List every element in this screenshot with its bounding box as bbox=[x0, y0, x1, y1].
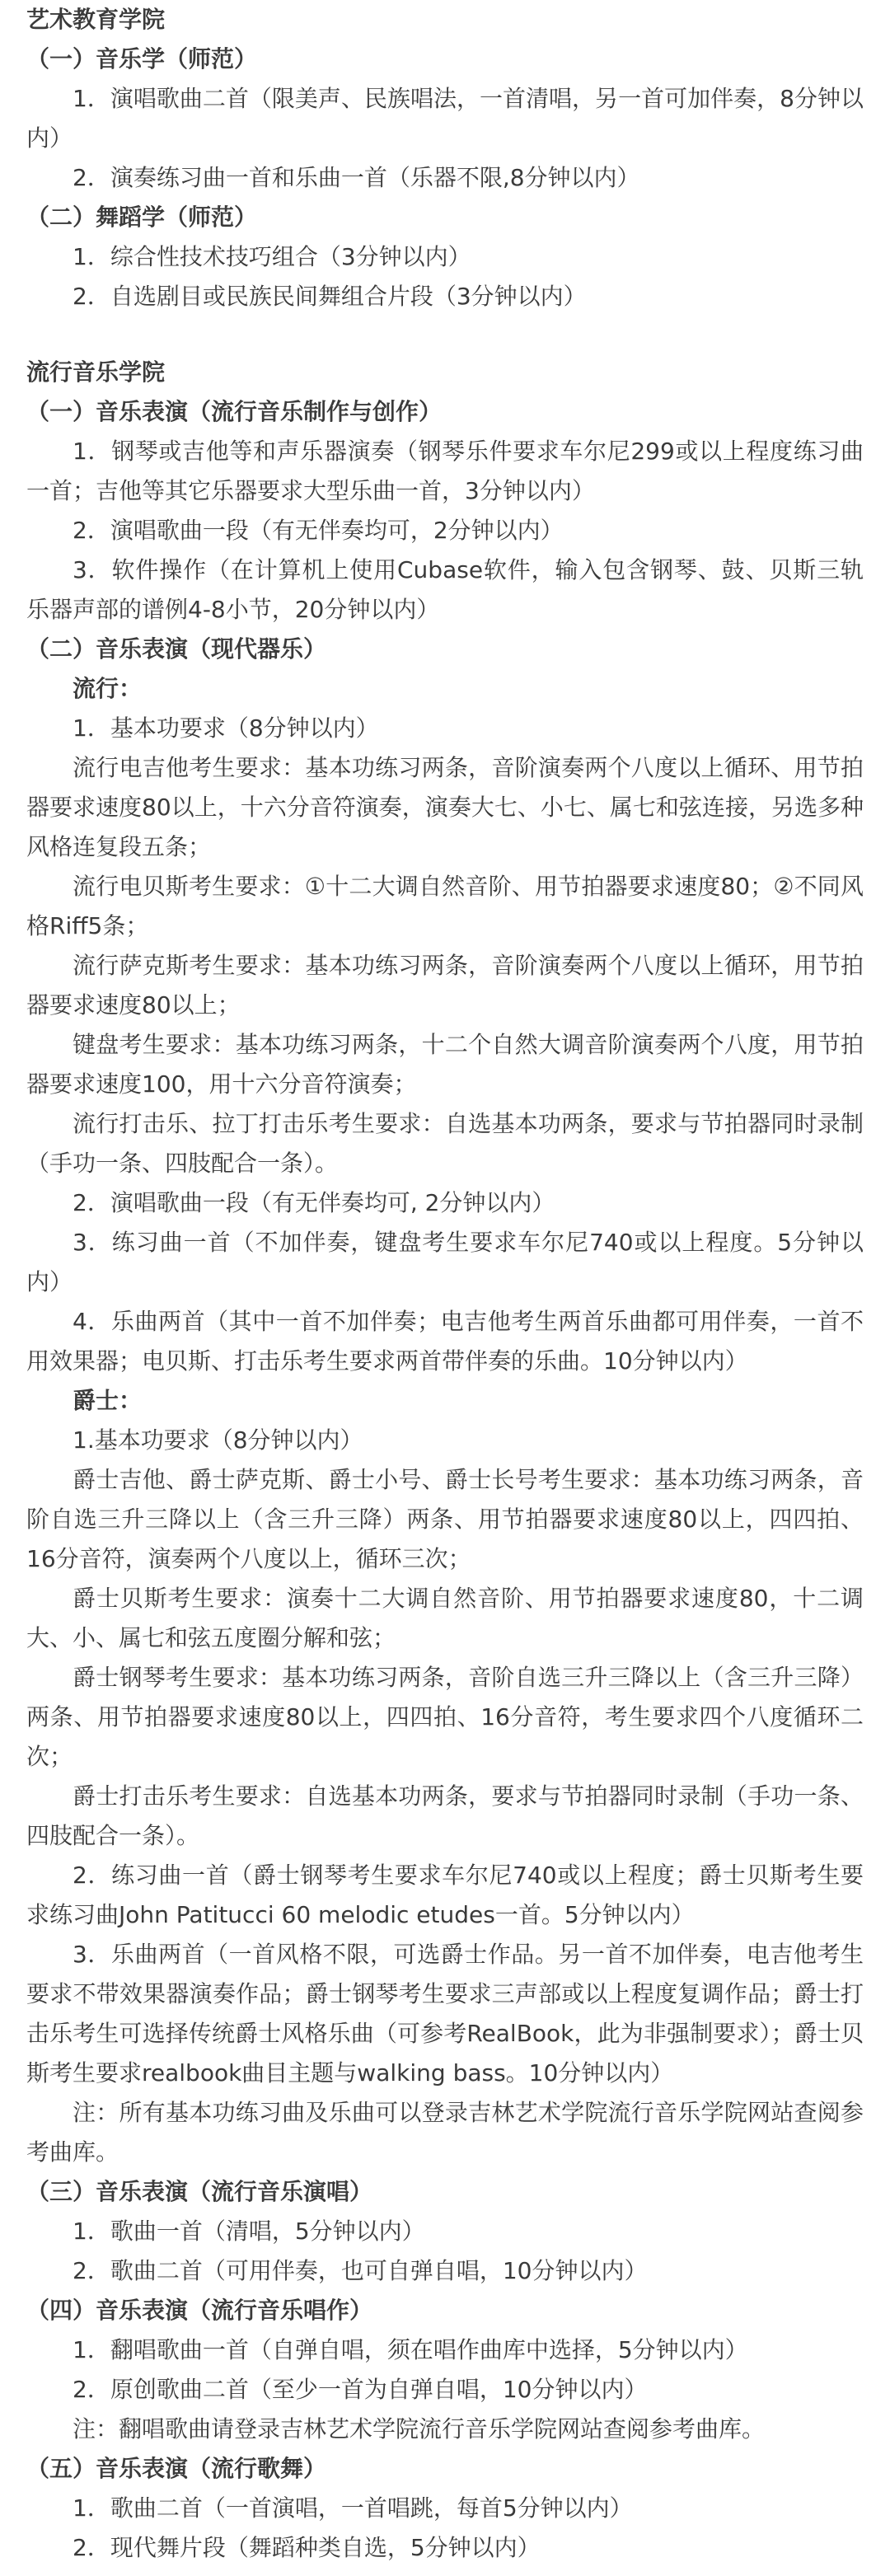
document-page: 艺术教育学院（一）音乐学（师范）1．演唱歌曲二首（限美声、民族唱法，一首清唱，另… bbox=[0, 0, 890, 2576]
list-item: 4．乐曲两首（其中一首不加伴奏；电吉他考生两首乐曲都可用伴奏，一首不用效果器；电… bbox=[26, 1302, 864, 1381]
list-item: 1．基本功要求（8分钟以内） bbox=[26, 709, 864, 748]
list-item: 3．软件操作（在计算机上使用Cubase软件，输入包含钢琴、鼓、贝斯三轨乐器声部… bbox=[26, 550, 864, 630]
section-heading: （一）音乐表演（流行音乐制作与创作） bbox=[26, 392, 864, 432]
sub-heading: 流行： bbox=[26, 669, 864, 709]
section-heading: （三）音乐表演（流行音乐演唱） bbox=[26, 2172, 864, 2212]
college-title: 流行音乐学院 bbox=[26, 353, 864, 392]
list-item: 1．歌曲二首（一首演唱，一首唱跳，每首5分钟以内） bbox=[26, 2489, 864, 2528]
list-item: 1．演唱歌曲二首（限美声、民族唱法，一首清唱，另一首可加伴奏，8分钟以内） bbox=[26, 79, 864, 158]
paragraph: 流行电吉他考生要求：基本功练习两条，音阶演奏两个八度以上循环、用节拍器要求速度8… bbox=[26, 748, 864, 867]
document-blocks: 艺术教育学院（一）音乐学（师范）1．演唱歌曲二首（限美声、民族唱法，一首清唱，另… bbox=[26, 0, 864, 2568]
list-item: 1．歌曲一首（清唱，5分钟以内） bbox=[26, 2212, 864, 2251]
paragraph: 流行萨克斯考生要求：基本功练习两条，音阶演奏两个八度以上循环，用节拍器要求速度8… bbox=[26, 946, 864, 1025]
list-item: 2．演奏练习曲一首和乐曲一首（乐器不限,8分钟以内） bbox=[26, 158, 864, 198]
list-item: 2．练习曲一首（爵士钢琴考生要求车尔尼740或以上程度；爵士贝斯考生要求练习曲J… bbox=[26, 1856, 864, 1935]
section-heading: （五）音乐表演（流行歌舞） bbox=[26, 2449, 864, 2489]
paragraph: 爵士吉他、爵士萨克斯、爵士小号、爵士长号考生要求：基本功练习两条，音阶自选三升三… bbox=[26, 1460, 864, 1579]
section-heading: （四）音乐表演（流行音乐唱作） bbox=[26, 2291, 864, 2330]
list-item: 1．翻唱歌曲一首（自弹自唱，须在唱作曲库中选择，5分钟以内） bbox=[26, 2330, 864, 2370]
college-title: 艺术教育学院 bbox=[26, 0, 864, 40]
list-item: 2．自选剧目或民族民间舞组合片段（3分钟以内） bbox=[26, 277, 864, 316]
paragraph: 爵士打击乐考生要求：自选基本功两条，要求与节拍器同时录制（手功一条、四肢配合一条… bbox=[26, 1777, 864, 1856]
section-heading: （一）音乐学（师范） bbox=[26, 40, 864, 79]
paragraph: 爵士钢琴考生要求：基本功练习两条，音阶自选三升三降以上（含三升三降）两条、用节拍… bbox=[26, 1658, 864, 1777]
note-paragraph: 注：所有基本功练习曲及乐曲可以登录吉林艺术学院流行音乐学院网站查阅参考曲库。 bbox=[26, 2093, 864, 2172]
list-item: 3．乐曲两首（一首风格不限，可选爵士作品。另一首不加伴奏，电吉他考生要求不带效果… bbox=[26, 1935, 864, 2093]
list-item: 3．练习曲一首（不加伴奏，键盘考生要求车尔尼740或以上程度。5分钟以内） bbox=[26, 1223, 864, 1302]
paragraph: 流行电贝斯考生要求：①十二大调自然音阶、用节拍器要求速度80；②不同风格Riff… bbox=[26, 867, 864, 946]
list-item: 1．综合性技术技巧组合（3分钟以内） bbox=[26, 237, 864, 277]
sub-heading: 爵士： bbox=[26, 1381, 864, 1421]
list-item: 2．歌曲二首（可用伴奏，也可自弹自唱，10分钟以内） bbox=[26, 2251, 864, 2291]
paragraph: 爵士贝斯考生要求：演奏十二大调自然音阶、用节拍器要求速度80，十二调大、小、属七… bbox=[26, 1579, 864, 1658]
list-item: 1．钢琴或吉他等和声乐器演奏（钢琴乐件要求车尔尼299或以上程度练习曲一首；吉他… bbox=[26, 432, 864, 511]
list-item: 2．演唱歌曲一段（有无伴奏均可, 2分钟以内） bbox=[26, 1183, 864, 1223]
section-heading: （二）音乐表演（现代器乐） bbox=[26, 630, 864, 669]
section-heading: （二）舞蹈学（师范） bbox=[26, 198, 864, 237]
paragraph: 键盘考生要求：基本功练习两条，十二个自然大调音阶演奏两个八度，用节拍器要求速度1… bbox=[26, 1025, 864, 1104]
list-item: 2．现代舞片段（舞蹈种类自选，5分钟以内） bbox=[26, 2528, 864, 2568]
list-item: 2．演唱歌曲一段（有无伴奏均可，2分钟以内） bbox=[26, 511, 864, 550]
note-paragraph: 注：翻唱歌曲请登录吉林艺术学院流行音乐学院网站查阅参考曲库。 bbox=[26, 2410, 864, 2449]
list-item: 1.基本功要求（8分钟以内） bbox=[26, 1421, 864, 1460]
blank-line bbox=[26, 316, 864, 353]
paragraph: 流行打击乐、拉丁打击乐考生要求：自选基本功两条，要求与节拍器同时录制（手功一条、… bbox=[26, 1104, 864, 1183]
list-item: 2．原创歌曲二首（至少一首为自弹自唱，10分钟以内） bbox=[26, 2370, 864, 2410]
